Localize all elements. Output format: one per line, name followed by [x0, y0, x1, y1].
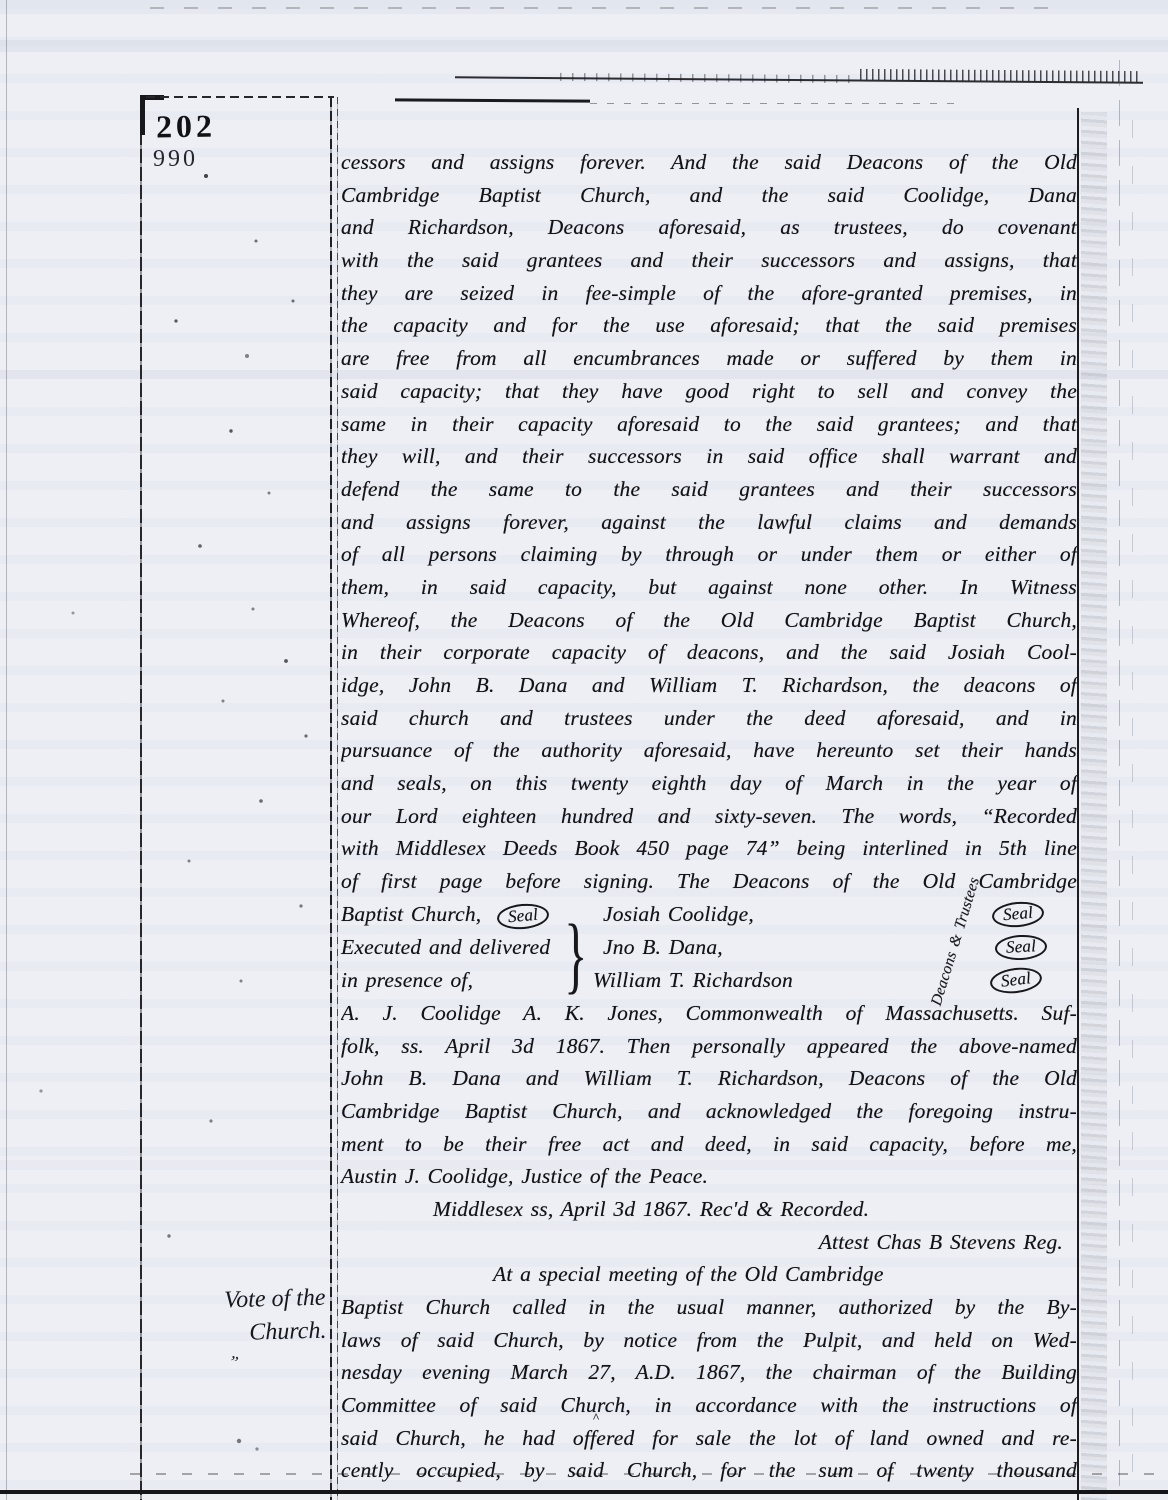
- deed-text-line: they are seized in fee-simple of the afo…: [341, 277, 1077, 310]
- acknowledgment-line: ment to be their free act and deed, in s…: [341, 1128, 1077, 1161]
- recording-line: Middlesex ss, April 3d 1867. Rec'd & Rec…: [341, 1193, 1077, 1226]
- witness-text: in presence of,: [341, 968, 473, 992]
- scan-artifact-speckles: [0, 0, 2, 2]
- deed-text-line: with the said grantees and their success…: [341, 244, 1077, 277]
- meeting-line: cently occupied, by said Church, for the…: [341, 1454, 1077, 1487]
- meeting-line: Baptist Church called in the usual manne…: [341, 1291, 1077, 1324]
- deed-text-line: same in their capacity aforesaid to the …: [341, 408, 1077, 441]
- margin-note-vote-of-the-church: Vote of the Church.: [147, 1282, 327, 1353]
- column-rule: [330, 97, 332, 1500]
- meeting-line: said Church, he had offered for sale the…: [341, 1422, 1077, 1455]
- caret-mark: ^: [593, 1402, 599, 1422]
- top-margin-rule: [146, 96, 334, 98]
- page-left-edge: [6, 0, 7, 1500]
- margin-ditto-mark: ”: [226, 1351, 240, 1374]
- signature-william-t-richardson: William T. Richardson: [593, 964, 793, 997]
- scan-artifact-tick-marks: [860, 69, 1142, 82]
- scan-artifact-tick-marks: [560, 73, 850, 83]
- deed-text-line: the capacity and for the use aforesaid; …: [341, 309, 1077, 342]
- scan-artifact-scratch-line: [395, 98, 590, 102]
- manuscript-text-column: cessors and assigns forever. And the sai…: [341, 146, 1077, 1487]
- seal-label: Seal: [991, 900, 1045, 929]
- signature-jno-b-dana: Jno B. Dana,: [603, 931, 723, 964]
- scan-artifact-top-dashes: [150, 7, 1050, 9]
- deed-text-line: cessors and assigns forever. And the sai…: [341, 146, 1077, 179]
- acknowledgment-line: A. J. Coolidge A. K. Jones, Commonwealth…: [341, 997, 1077, 1030]
- left-margin-rule: [140, 95, 142, 1500]
- deed-text-line: said capacity; that they have good right…: [341, 375, 1077, 408]
- witness-line: Baptist Church, Seal: [341, 898, 549, 931]
- deed-text-line: them, in said capacity, but against none…: [341, 571, 1077, 604]
- scan-artifact-scratch-line: [590, 103, 960, 104]
- meeting-line-text: Committee of said Church, in accordance …: [341, 1393, 1077, 1417]
- acknowledgment-line: Cambridge Baptist Church, and acknowledg…: [341, 1095, 1077, 1128]
- seal-badge: Seal: [995, 933, 1047, 960]
- page-edge-line: [1132, 120, 1133, 1500]
- witness-text: Executed and delivered: [341, 935, 550, 959]
- meeting-line: nesday evening March 27, A.D. 1867, the …: [341, 1356, 1077, 1389]
- binding-shadow-band: [1081, 112, 1107, 1500]
- witness-text: Baptist Church,: [341, 902, 481, 926]
- deed-text-line: Cambridge Baptist Church, and the said C…: [341, 179, 1077, 212]
- meeting-line: At a special meeting of the Old Cambridg…: [341, 1258, 1077, 1291]
- meeting-line: laws of said Church, by notice from the …: [341, 1324, 1077, 1357]
- meeting-line: Committee of said Church, in accordance …: [341, 1389, 1077, 1422]
- scan-streak: [0, 40, 1168, 52]
- page-number: 202: [156, 107, 217, 145]
- folio-number: 990: [153, 146, 198, 173]
- acknowledgment-line: John B. Dana and William T. Richardson, …: [341, 1062, 1077, 1095]
- witness-brace: }: [564, 904, 587, 1004]
- attest-line: Attest Chas B Stevens Reg.: [341, 1226, 1077, 1259]
- acknowledgment-line: Austin J. Coolidge, Justice of the Peace…: [341, 1160, 1077, 1193]
- deed-text-line: of all persons claiming by through or un…: [341, 538, 1077, 571]
- deed-text-line: in their corporate capacity of deacons, …: [341, 636, 1077, 669]
- deed-text-line: said church and trustees under the deed …: [341, 702, 1077, 735]
- deed-text-line: are free from all encumbrances made or s…: [341, 342, 1077, 375]
- page-bottom-edge: [0, 1490, 1168, 1494]
- seal-badge: Seal: [992, 900, 1044, 927]
- right-column-rule: [1077, 108, 1079, 1500]
- deed-text-line: defend the same to the said grantees and…: [341, 473, 1077, 506]
- seal-badge: Seal: [990, 966, 1042, 993]
- signature-josiah-coolidge: Josiah Coolidge,: [603, 898, 754, 931]
- corner-bracket: [140, 95, 145, 135]
- page-edge-line: [1119, 60, 1120, 1500]
- column-rule: [337, 97, 338, 1500]
- deed-text-line: Whereof, the Deacons of the Old Cambridg…: [341, 604, 1077, 637]
- deed-text-line: and Richardson, Deacons aforesaid, as tr…: [341, 211, 1077, 244]
- deed-text-line: and seals, on this twenty eighth day of …: [341, 767, 1077, 800]
- seal-label: Seal: [994, 933, 1047, 961]
- deed-text-line: pursuance of the authority aforesaid, ha…: [341, 734, 1077, 767]
- acknowledgment-line: folk, ss. April 3d 1867. Then personally…: [341, 1030, 1077, 1063]
- deed-text-line: our Lord eighteen hundred and sixty-seve…: [341, 800, 1077, 833]
- church-seal-badge: Seal: [496, 902, 550, 931]
- seal-label: Seal: [989, 965, 1044, 996]
- witness-line: Executed and delivered: [341, 931, 550, 964]
- deed-text-line: and assigns forever, against the lawful …: [341, 506, 1077, 539]
- signature-block: Baptist Church, Seal Executed and delive…: [341, 898, 1077, 997]
- witness-line: in presence of,: [341, 964, 473, 997]
- deed-text-line: idge, John B. Dana and William T. Richar…: [341, 669, 1077, 702]
- deed-text-line: with Middlesex Deeds Book 450 page 74” b…: [341, 832, 1077, 865]
- deed-text-line: they will, and their successors in said …: [341, 440, 1077, 473]
